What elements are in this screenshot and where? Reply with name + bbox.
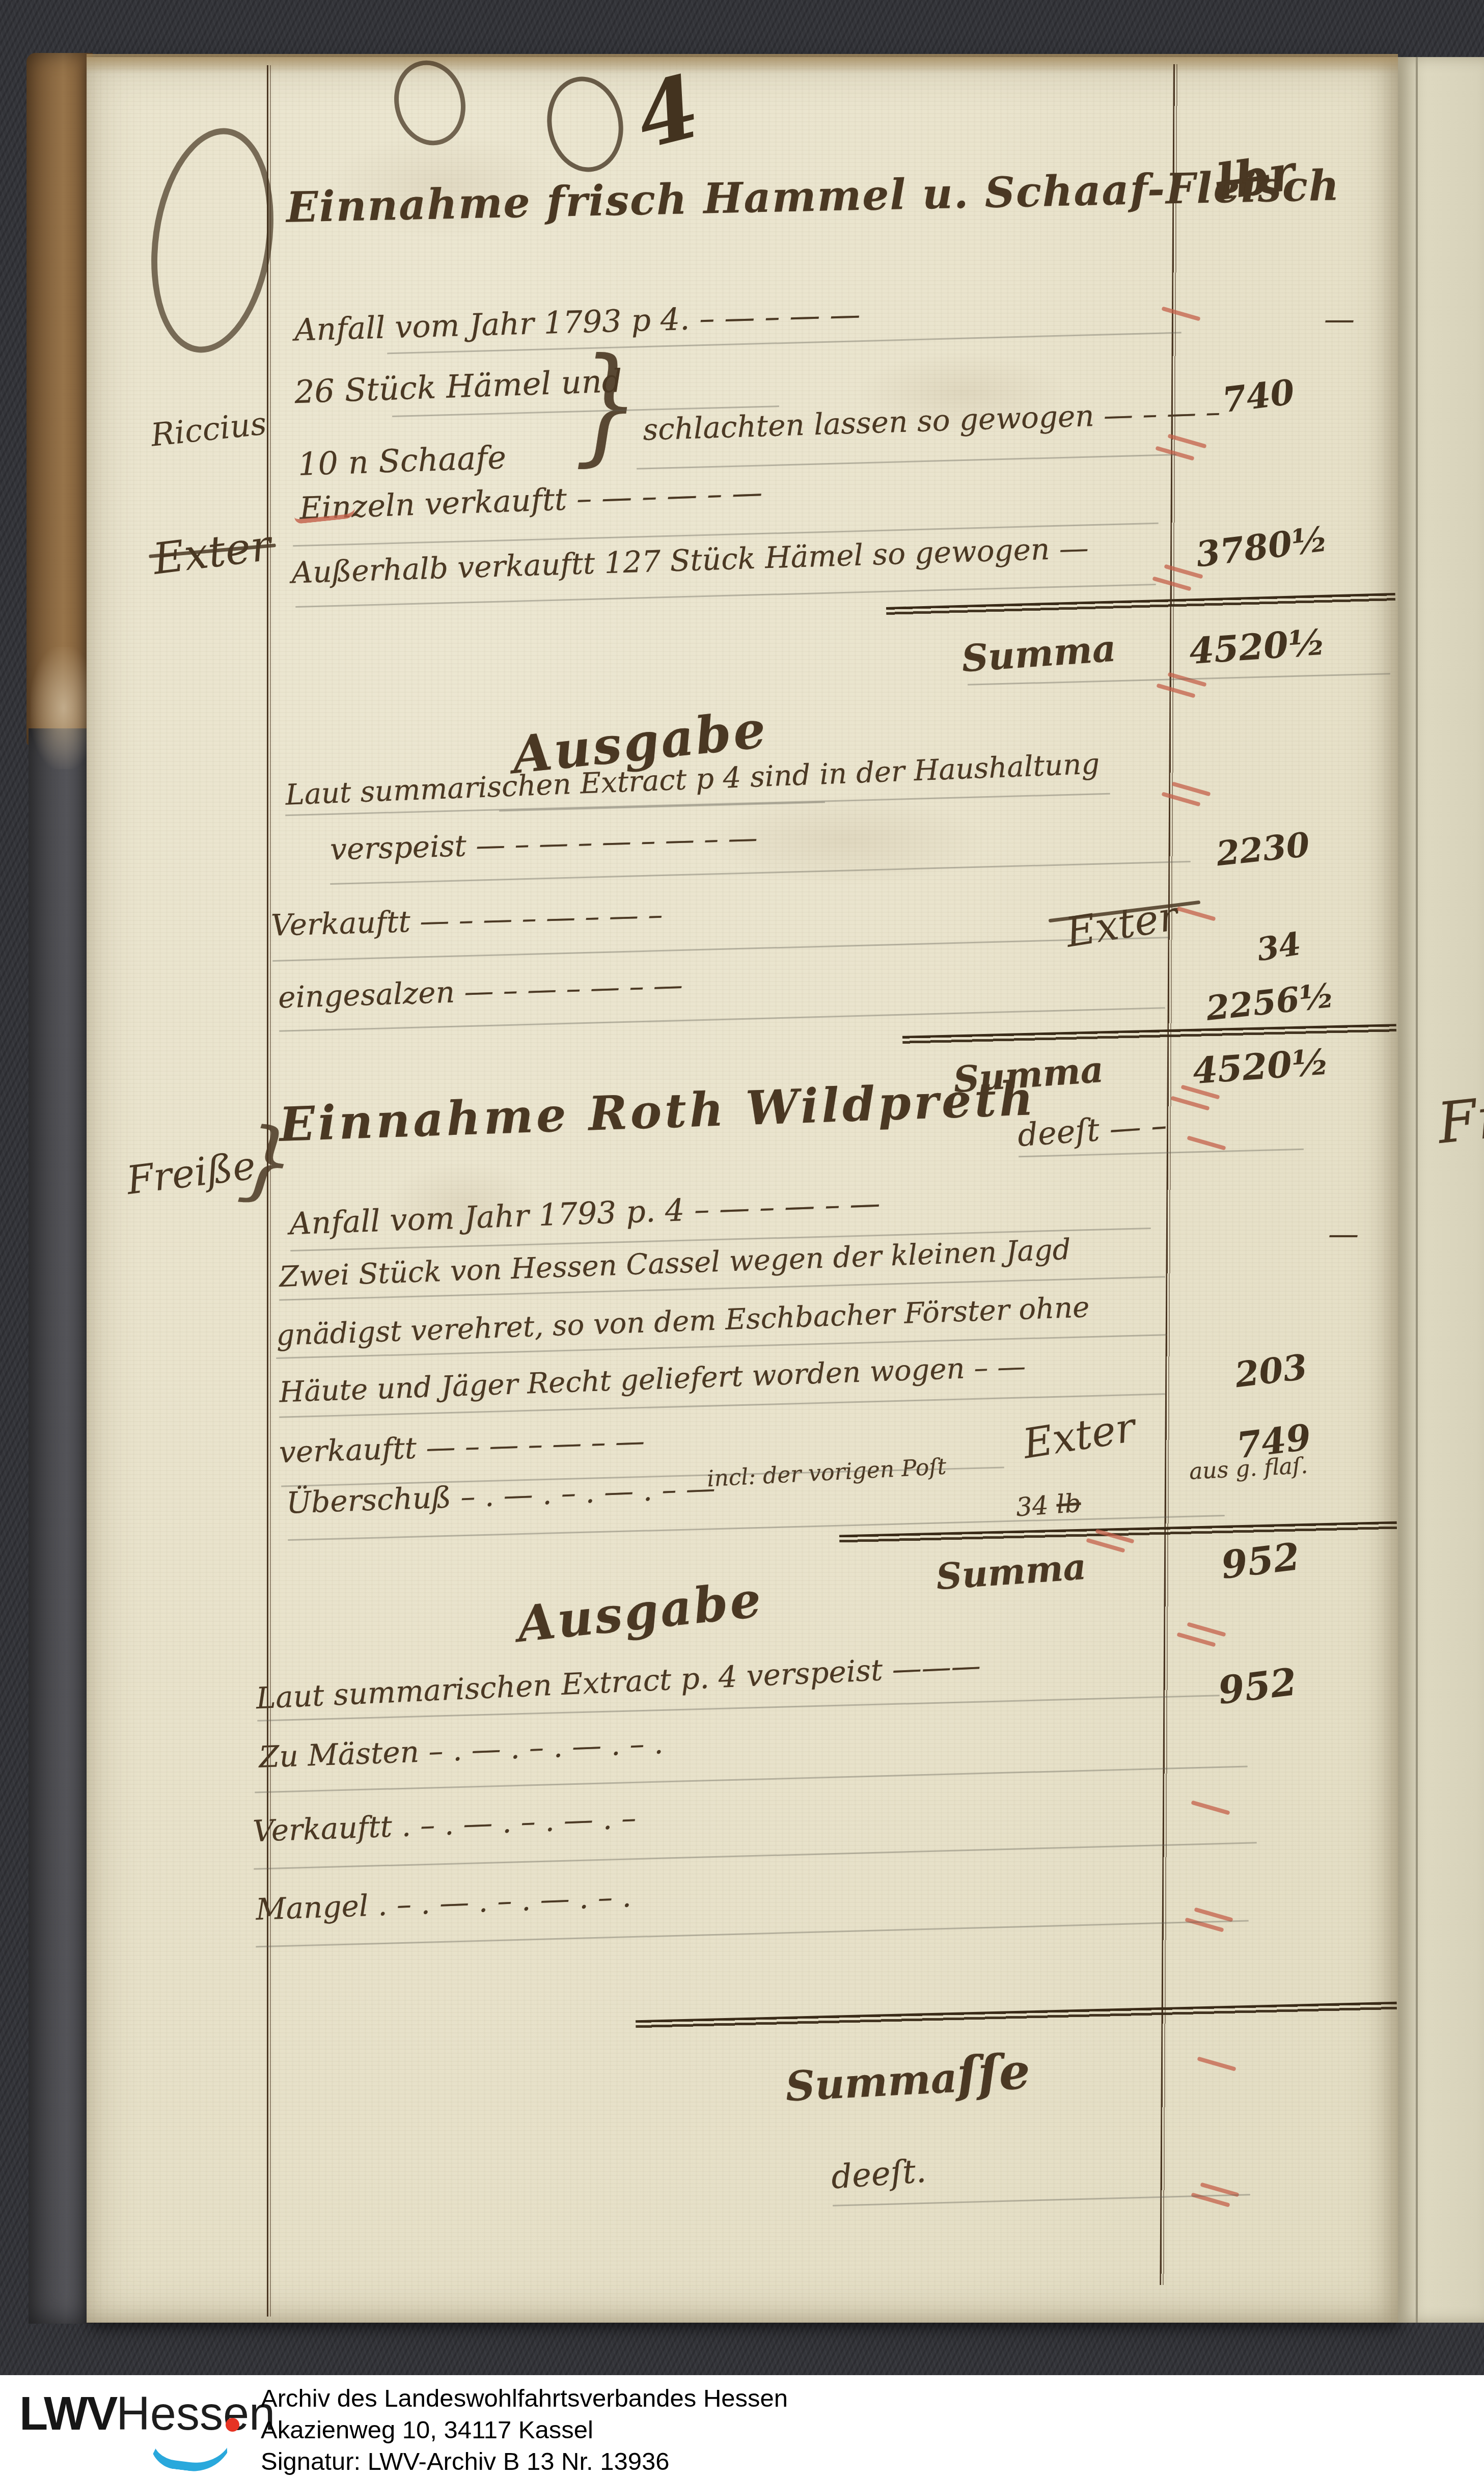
pound-symbol: lb <box>1055 1488 1082 1519</box>
amount-dash: — <box>1328 1216 1359 1252</box>
amount-34: 34 <box>1254 925 1304 969</box>
brace-icon: } <box>574 331 639 479</box>
next-page-text-fragment: Fre <box>1435 1081 1484 1156</box>
footer-signature: Signatur: LWV-Archiv B 13 Nr. 13936 <box>261 2446 670 2477</box>
logo-text-hessen: Hessen <box>116 2390 275 2437</box>
ink-showthrough <box>326 132 560 239</box>
logo-text-lwv: LWV <box>19 2390 116 2437</box>
interlinear-note-weight: 34 lb <box>1015 1488 1082 1522</box>
final-summa-flourish: ſſe <box>955 2042 1031 2103</box>
spine-leather-brown <box>26 53 93 746</box>
logo-red-dot-icon <box>226 2418 239 2432</box>
final-summa-label: Summa <box>784 2054 958 2111</box>
final-summa-deest: deeſt. <box>830 2153 927 2197</box>
ink-showthrough <box>856 351 1069 433</box>
scan-stage: Fre 4 lbr Einnahme frisch Hammel u. Scha… <box>0 0 1484 2477</box>
item-10-schaafe: 10 n Schaafe <box>297 439 507 483</box>
next-page-seam <box>1416 57 1418 2323</box>
footer-address: Akazienweg 10, 34117 Kassel <box>261 2414 593 2446</box>
spine-leather-gray <box>29 728 93 2324</box>
footer-archive-name: Archiv des Landeswohlfahrtsverbandes Hes… <box>261 2383 788 2414</box>
note-weight-value: 34 <box>1015 1490 1050 1522</box>
ink-showthrough <box>387 1161 540 1248</box>
amount-dash: — <box>1324 302 1355 337</box>
page-top-tan-edge <box>87 54 1398 74</box>
margin-brace-icon: } <box>234 1108 299 1214</box>
lwv-hessen-logo: LWVHessen <box>19 2390 275 2437</box>
next-page-edge: Fre <box>1398 57 1484 2323</box>
